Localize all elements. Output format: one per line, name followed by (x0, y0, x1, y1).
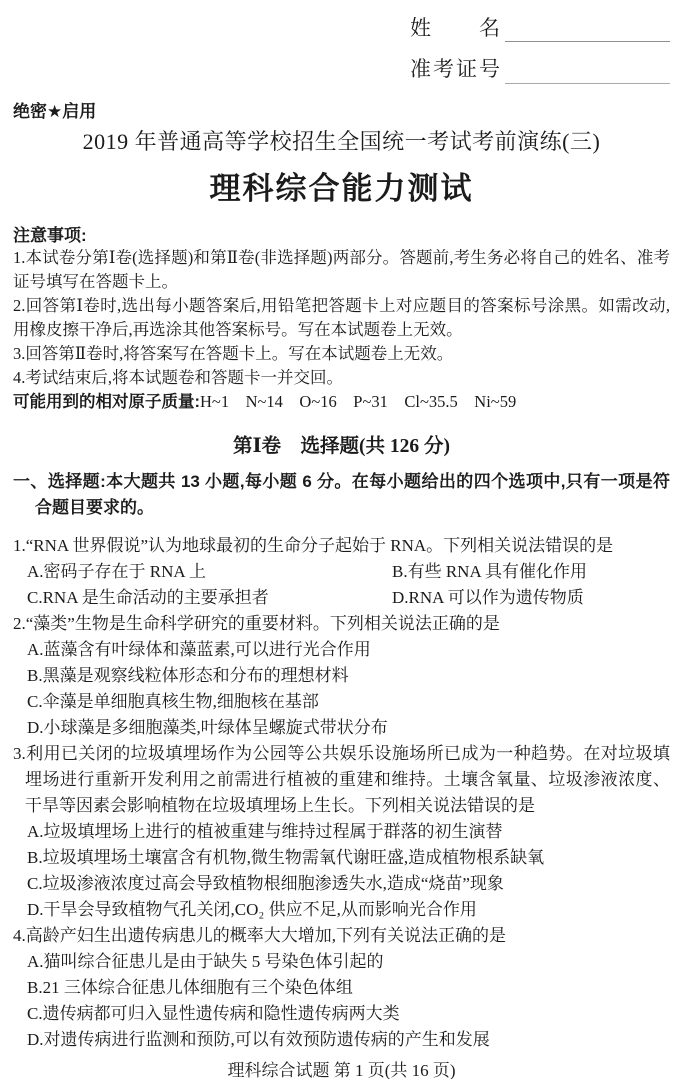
question-2-option-c: C.伞藻是单细胞真核生物,细胞核在基部 (27, 689, 670, 715)
exam-no-blank-line (505, 58, 670, 84)
question-1-option-b: B.有些 RNA 具有催化作用 (392, 559, 670, 585)
question-2: 2.“藻类”生物是生命科学研究的重要材料。下列相关说法正确的是 A.蓝藻含有叶绿… (13, 611, 670, 741)
question-2-stem: 2.“藻类”生物是生命科学研究的重要材料。下列相关说法正确的是 (13, 611, 670, 637)
name-blank-line (505, 16, 670, 42)
question-1-option-c: C.RNA 是生命活动的主要承担者 (27, 585, 392, 611)
secrecy-label: 绝密★启用 (13, 97, 670, 122)
atomic-mass-line: 可能用到的相对原子质量:H~1 N~14 O~16 P~31 Cl~35.5 N… (13, 390, 670, 414)
question-2-option-b: B.黑藻是观察线粒体形态和分布的理想材料 (27, 663, 670, 689)
notice-item-4: 4.考试结束后,将本试题卷和答题卡一并交回。 (13, 366, 670, 390)
section-intro: 一、选择题:本大题共 13 小题,每小题 6 分。在每小题给出的四个选项中,只有… (13, 469, 670, 521)
exam-session-title: 2019 年普通高等学校招生全国统一考试考前演练(三) (13, 125, 670, 156)
notice-heading: 注意事项: (13, 221, 670, 246)
question-1: 1.“RNA 世界假说”认为地球最初的生命分子起始于 RNA。下列相关说法错误的… (13, 533, 670, 611)
exam-paper-page: 姓 名 准考证号 绝密★启用 2019 年普通高等学校招生全国统一考试考前演练(… (0, 0, 688, 1079)
question-4: 4.高龄产妇生出遗传病患儿的概率大大增加,下列有关说法正确的是 A.猫叫综合征患… (13, 923, 670, 1053)
name-field-row: 姓 名 (410, 14, 670, 42)
question-3-option-d: D.干旱会导致植物气孔关闭,CO₂ 供应不足,从而影响光合作用 (27, 897, 670, 923)
question-3-option-b: B.垃圾填埋场土壤富含有机物,微生物需氧代谢旺盛,造成植物根系缺氧 (27, 845, 670, 871)
question-3-options: A.垃圾填埋场上进行的植被重建与维持过程属于群落的初生演替 B.垃圾填埋场土壤富… (13, 819, 670, 923)
question-3: 3.利用已关闭的垃圾填埋场作为公园等公共娱乐设施场所已成为一种趋势。在对垃圾填埋… (13, 741, 670, 923)
question-4-stem: 4.高龄产妇生出遗传病患儿的概率大大增加,下列有关说法正确的是 (13, 923, 670, 949)
question-4-option-d: D.对遗传病进行监测和预防,可以有效预防遗传病的产生和发展 (27, 1027, 670, 1053)
question-4-option-b: B.21 三体综合征患儿体细胞有三个染色体组 (27, 975, 670, 1001)
header-fields: 姓 名 准考证号 (410, 14, 670, 84)
atomic-mass-label: 可能用到的相对原子质量: (13, 393, 200, 411)
question-3-stem: 3.利用已关闭的垃圾填埋场作为公园等公共娱乐设施场所已成为一种趋势。在对垃圾填埋… (13, 741, 670, 819)
section-heading: 第Ⅰ卷 选择题(共 126 分) (13, 430, 670, 458)
question-3-option-c: C.垃圾渗液浓度过高会导致植物根细胞渗透失水,造成“烧苗”现象 (27, 871, 670, 897)
question-4-option-a: A.猫叫综合征患儿是由于缺失 5 号染色体引起的 (27, 949, 670, 975)
notice-item-3: 3.回答第Ⅱ卷时,将答案写在答题卡上。写在本试题卷上无效。 (13, 342, 670, 366)
name-label: 姓 名 (410, 14, 500, 42)
question-4-options: A.猫叫综合征患儿是由于缺失 5 号染色体引起的 B.21 三体综合征患儿体细胞… (13, 949, 670, 1053)
exam-subject-title: 理科综合能力测试 (13, 163, 670, 208)
question-1-option-a: A.密码子存在于 RNA 上 (27, 559, 392, 585)
question-3-option-a: A.垃圾填埋场上进行的植被重建与维持过程属于群落的初生演替 (27, 819, 670, 845)
exam-no-field-row: 准考证号 (410, 55, 670, 83)
question-1-stem: 1.“RNA 世界假说”认为地球最初的生命分子起始于 RNA。下列相关说法错误的… (13, 533, 670, 559)
question-1-options: A.密码子存在于 RNA 上 B.有些 RNA 具有催化作用 C.RNA 是生命… (13, 559, 670, 611)
question-4-option-c: C.遗传病都可归入显性遗传病和隐性遗传病两大类 (27, 1001, 670, 1027)
question-1-option-d: D.RNA 可以作为遗传物质 (392, 585, 670, 611)
atomic-mass-values: H~1 N~14 O~16 P~31 Cl~35.5 Ni~59 (200, 392, 516, 411)
notice-item-1: 1.本试卷分第Ⅰ卷(选择题)和第Ⅱ卷(非选择题)两部分。答题前,考生务必将自己的… (13, 246, 670, 294)
question-2-option-a: A.蓝藻含有叶绿体和藻蓝素,可以进行光合作用 (27, 637, 670, 663)
question-2-options: A.蓝藻含有叶绿体和藻蓝素,可以进行光合作用 B.黑藻是观察线粒体形态和分布的理… (13, 637, 670, 741)
question-2-option-d: D.小球藻是多细胞藻类,叶绿体呈螺旋式带状分布 (27, 715, 670, 741)
notice-item-2: 2.回答第Ⅰ卷时,选出每小题答案后,用铅笔把答题卡上对应题目的答案标号涂黑。如需… (13, 294, 670, 342)
exam-no-label: 准考证号 (410, 55, 500, 83)
page-number-footer: 理科综合试题 第 1 页(共 16 页) (13, 1056, 670, 1079)
